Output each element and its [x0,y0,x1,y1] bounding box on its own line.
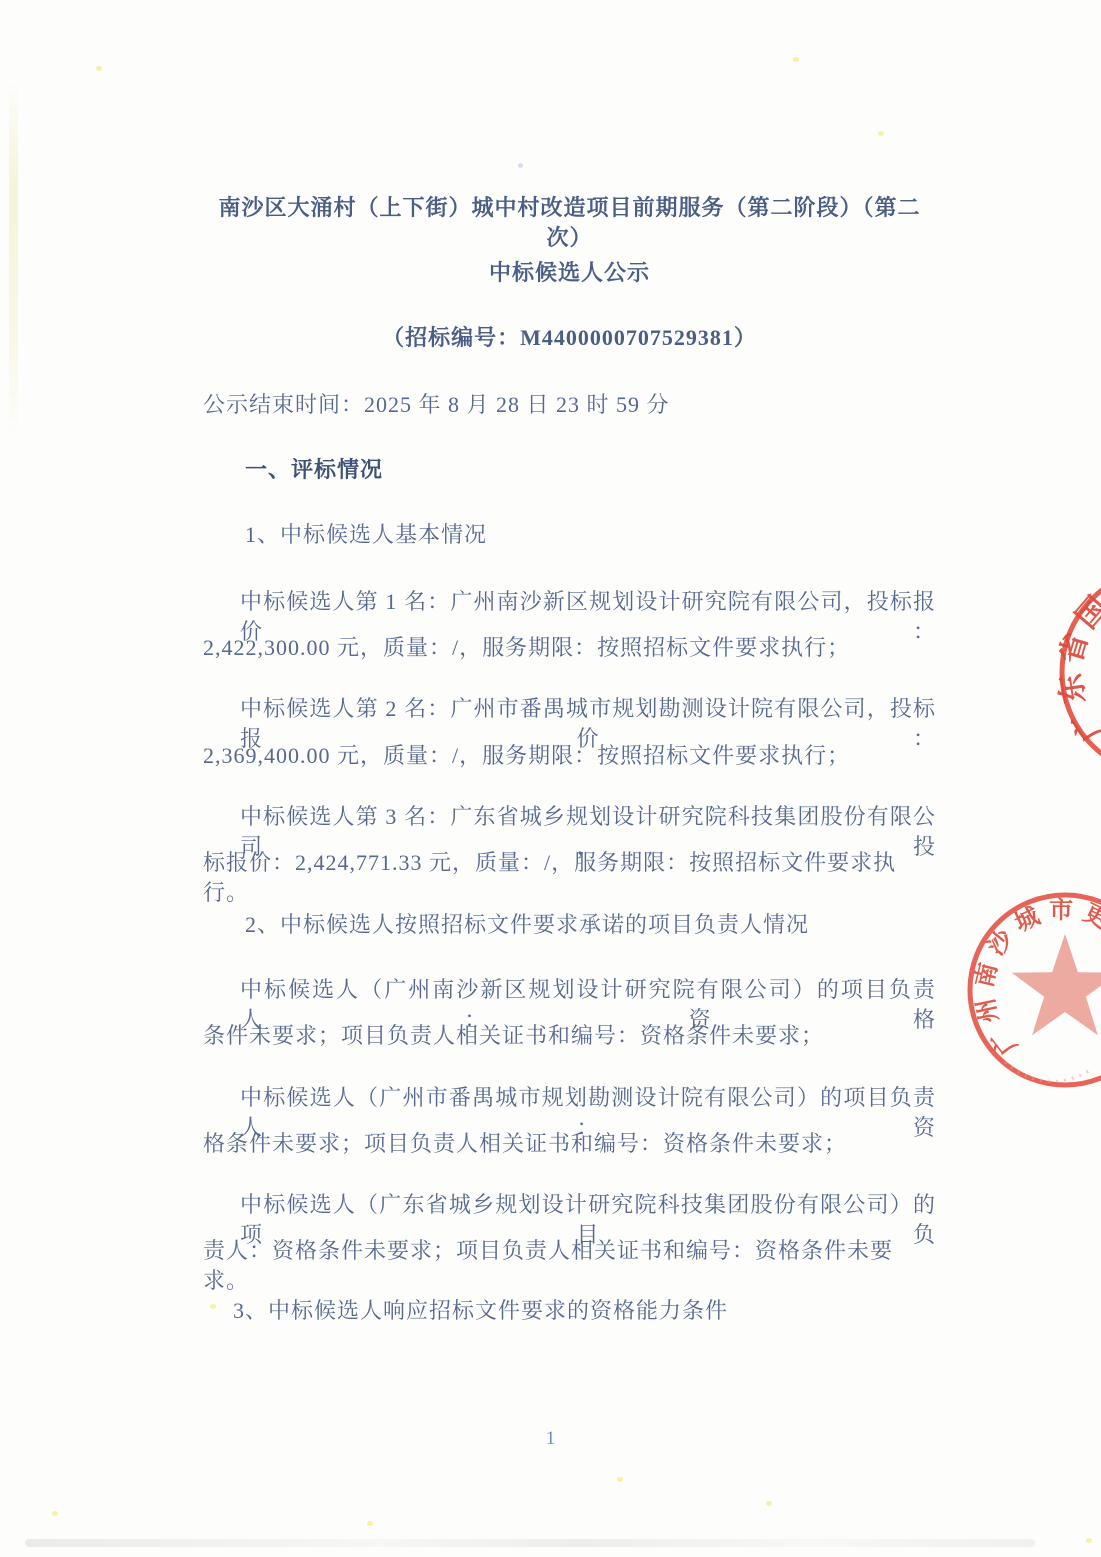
scan-bottom-band-artifact [25,1539,1035,1547]
document-subtitle: 中标候选人公示 [203,258,936,288]
scan-speck [793,57,799,62]
scan-speck [96,66,102,71]
candidate2-line2: 2,369,400.00 元，质量：/，服务期限：按照招标文件要求执行； [203,741,936,771]
scan-speck [766,1501,772,1506]
nansha-seal-text: 广州南沙城市更新 [970,897,1101,1060]
item3-heading: 3、中标候选人响应招标文件要求的资格能力条件 [233,1296,728,1326]
manager2-line2: 格条件未要求；项目负责人相关证书和编号：资格条件未要求； [203,1129,936,1159]
page-number: 1 [0,1428,1101,1450]
star-icon [1012,934,1101,1035]
scan-speck [367,1521,373,1526]
scan-speck [210,1304,216,1309]
scan-speck [52,1511,58,1516]
manager1-line2: 条件未要求；项目负责人相关证书和编号：资格条件未要求； [203,1021,936,1051]
item1-heading: 1、中标候选人基本情况 [245,520,487,550]
svg-text:广州南沙城市更新: 广州南沙城市更新 [970,897,1101,1060]
scan-edge-artifact [9,80,18,440]
manager3-line2: 责人：资格条件未要求；项目负责人相关证书和编号：资格条件未要求。 [203,1236,936,1296]
item2-heading: 2、中标候选人按照招标文件要求承诺的项目负责人情况 [245,910,809,940]
tender-number: （招标编号：M4400000707529381） [203,323,936,353]
document-title: 南沙区大涌村（上下街）城中村改造项目前期服务（第二阶段）（第二次） [203,193,936,253]
scan-speck [617,1477,623,1482]
provincial-seal-stamp: 广东省国 [1054,568,1101,776]
nansha-seal-stamp: 广州南沙城市更新 [970,895,1101,1085]
scan-speck [878,131,884,136]
section1-heading: 一、评标情况 [245,455,383,485]
document-page: 南沙区大涌村（上下街）城中村改造项目前期服务（第二阶段）（第二次） 中标候选人公… [0,0,1101,1557]
svg-text:广东省国: 广东省国 [1054,586,1101,747]
publicity-end-time: 公示结束时间：2025 年 8 月 28 日 23 时 59 分 [203,390,936,420]
scan-speck [1086,1538,1092,1543]
scan-dot-artifact [518,163,523,168]
candidate3-line2: 标报价：2,424,771.33 元，质量：/，服务期限：按照招标文件要求执行。 [203,848,936,908]
seal-faint-inner-text-artifact [1005,1062,1090,1081]
provincial-seal-text: 广东省国 [1054,586,1101,747]
candidate1-line2: 2,422,300.00 元，质量：/，服务期限：按照招标文件要求执行； [203,633,936,663]
